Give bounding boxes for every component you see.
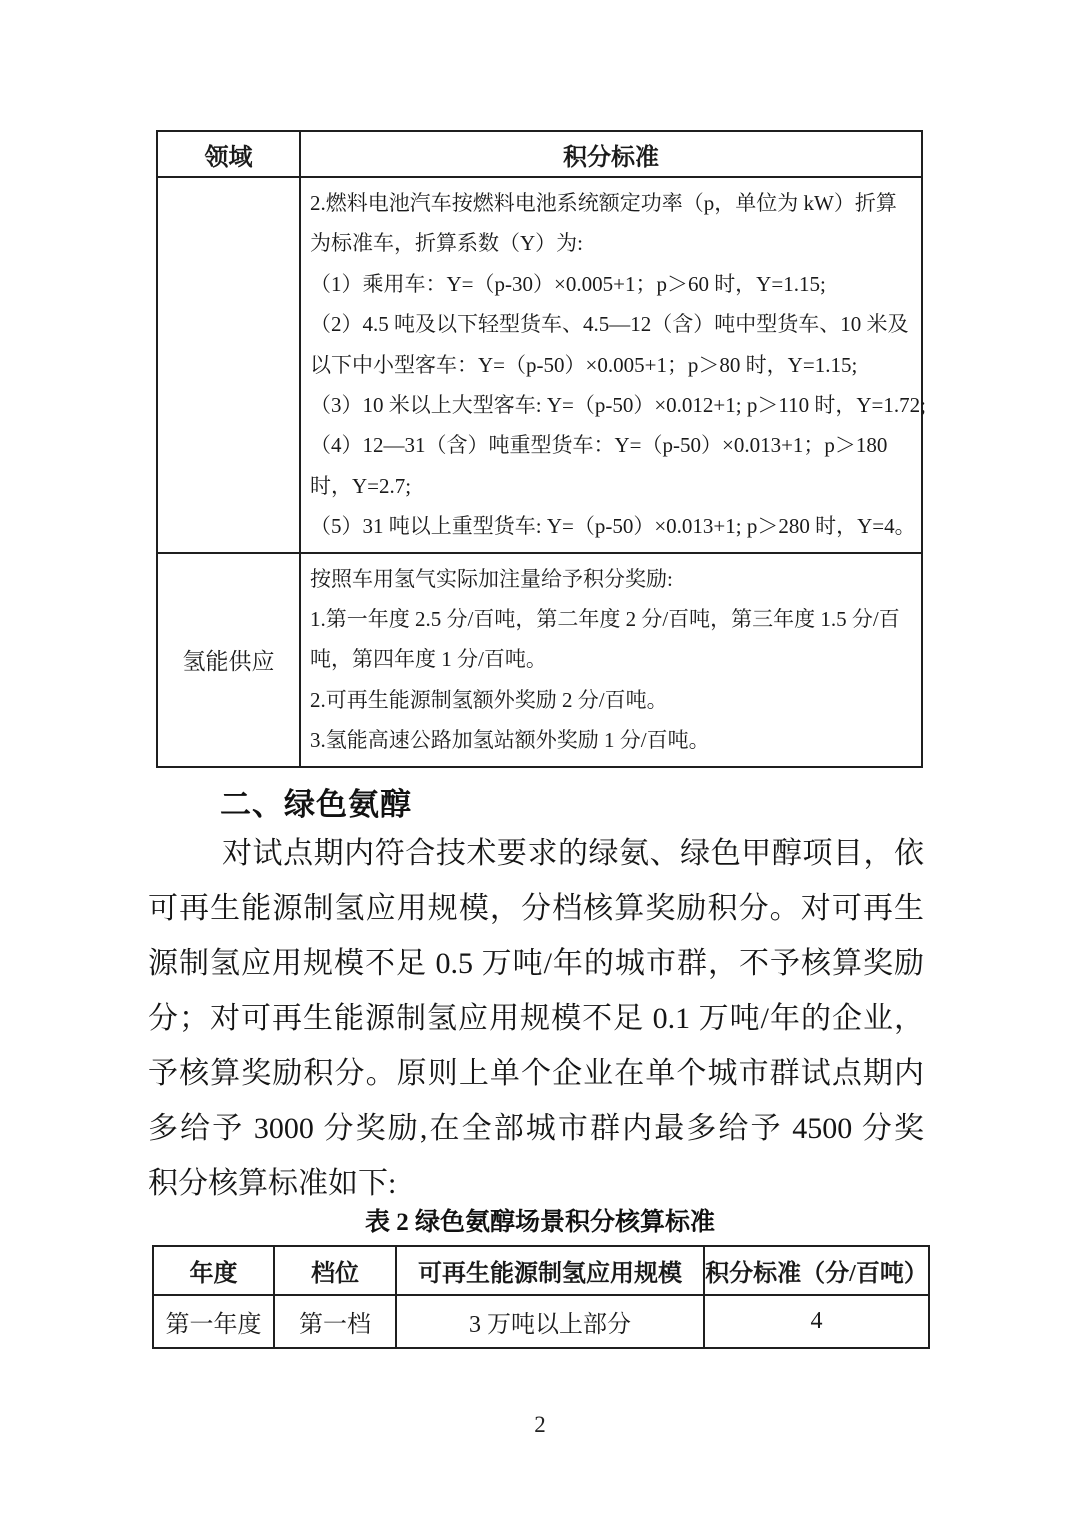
fuel-cell-standard-cell: 2.燃料电池汽车按燃料电池系统额定功率（p，单位为 kW）折算 为标准车，折算系…: [300, 177, 922, 553]
domain-cell-empty: [157, 177, 300, 553]
standard-line: （1）乘用车：Y=（p-30）×0.005+1；p＞60 时，Y=1.15;: [310, 264, 917, 304]
points-standard-table: 领域 积分标准 2.燃料电池汽车按燃料电池系统额定功率（p，单位为 kW）折算 …: [156, 130, 923, 768]
domain-cell-hydrogen-supply: 氢能供应: [157, 553, 300, 767]
table2-cell-year: 第一年度: [153, 1295, 274, 1348]
table2-header-year: 年度: [153, 1246, 274, 1295]
standard-line: 1.第一年度 2.5 分/百吨，第二年度 2 分/百吨，第三年度 1.5 分/百: [310, 599, 917, 639]
standard-line: 时，Y=2.7;: [310, 466, 917, 506]
standard-line: 按照车用氢气实际加注量给予积分奖励:: [310, 559, 917, 599]
page-number: 2: [0, 1412, 1080, 1438]
standard-line: （5）31 吨以上重型货车: Y=（p-50）×0.013+1; p＞280 时…: [310, 506, 917, 546]
standard-line: 吨，第四年度 1 分/百吨。: [310, 639, 917, 679]
standard-line: 3.氢能高速公路加氢站额外奖励 1 分/百吨。: [310, 720, 917, 760]
paragraph-line: 源制氢应用规模不足 0.5 万吨/年的城市群，不予核算奖励积: [148, 936, 924, 991]
section-heading-green-ammonia: 二、绿色氨醇: [220, 779, 412, 824]
table1-header-row: 领域 积分标准: [157, 131, 922, 177]
paragraph-line: 对试点期内符合技术要求的绿氨、绿色甲醇项目，依据: [148, 826, 924, 881]
standard-line: 为标准车，折算系数（Y）为:: [310, 223, 917, 263]
table2-row-year1: 第一年度 第一档 3 万吨以上部分 4: [153, 1295, 929, 1348]
standard-line: 2.燃料电池汽车按燃料电池系统额定功率（p，单位为 kW）折算: [310, 183, 917, 223]
standard-line: 以下中小型客车：Y=（p-50）×0.005+1；p＞80 时，Y=1.15;: [310, 345, 917, 385]
table2-cell-points: 4: [704, 1295, 929, 1348]
green-ammonia-table: 年度 档位 可再生能源制氢应用规模 积分标准（分/百吨） 第一年度 第一档 3 …: [152, 1245, 930, 1349]
table2-header-points: 积分标准（分/百吨）: [704, 1246, 929, 1295]
table2-header-row: 年度 档位 可再生能源制氢应用规模 积分标准（分/百吨）: [153, 1246, 929, 1295]
paragraph-line: 多给予 3000 分奖励,在全部城市群内最多给予 4500 分奖励。: [148, 1101, 924, 1156]
hydrogen-supply-standard-cell: 按照车用氢气实际加注量给予积分奖励: 1.第一年度 2.5 分/百吨，第二年度 …: [300, 553, 922, 767]
table1-header-domain: 领域: [157, 131, 300, 177]
standard-line: （4）12—31（含）吨重型货车：Y=（p-50）×0.013+1；p＞180: [310, 425, 917, 465]
standard-line: （2）4.5 吨及以下轻型货车、4.5—12（含）吨中型货车、10 米及: [310, 304, 917, 344]
body-paragraph: 对试点期内符合技术要求的绿氨、绿色甲醇项目，依据 可再生能源制氢应用规模，分档核…: [148, 826, 924, 1211]
standard-line: 2.可再生能源制氢额外奖励 2 分/百吨。: [310, 680, 917, 720]
table1-row-hydrogen-supply: 氢能供应 按照车用氢气实际加注量给予积分奖励: 1.第一年度 2.5 分/百吨，…: [157, 553, 922, 767]
table2-header-tier: 档位: [274, 1246, 396, 1295]
table2-header-scale: 可再生能源制氢应用规模: [396, 1246, 704, 1295]
table1-header-standard: 积分标准: [300, 131, 922, 177]
table2-cell-scale: 3 万吨以上部分: [396, 1295, 704, 1348]
paragraph-line: 分；对可再生能源制氢应用规模不足 0.1 万吨/年的企业，不: [148, 991, 924, 1046]
standard-line: （3）10 米以上大型客车: Y=（p-50）×0.012+1; p＞110 时…: [310, 385, 917, 425]
paragraph-line: 予核算奖励积分。原则上单个企业在单个城市群试点期内最: [148, 1046, 924, 1101]
table2-cell-tier: 第一档: [274, 1295, 396, 1348]
paragraph-line: 可再生能源制氢应用规模，分档核算奖励积分。对可再生能: [148, 881, 924, 936]
table2-caption: 表 2 绿色氨醇场景积分核算标准: [0, 1202, 1080, 1238]
table1-row-fuel-cell: 2.燃料电池汽车按燃料电池系统额定功率（p，单位为 kW）折算 为标准车，折算系…: [157, 177, 922, 553]
document-page: 领域 积分标准 2.燃料电池汽车按燃料电池系统额定功率（p，单位为 kW）折算 …: [0, 0, 1080, 1527]
